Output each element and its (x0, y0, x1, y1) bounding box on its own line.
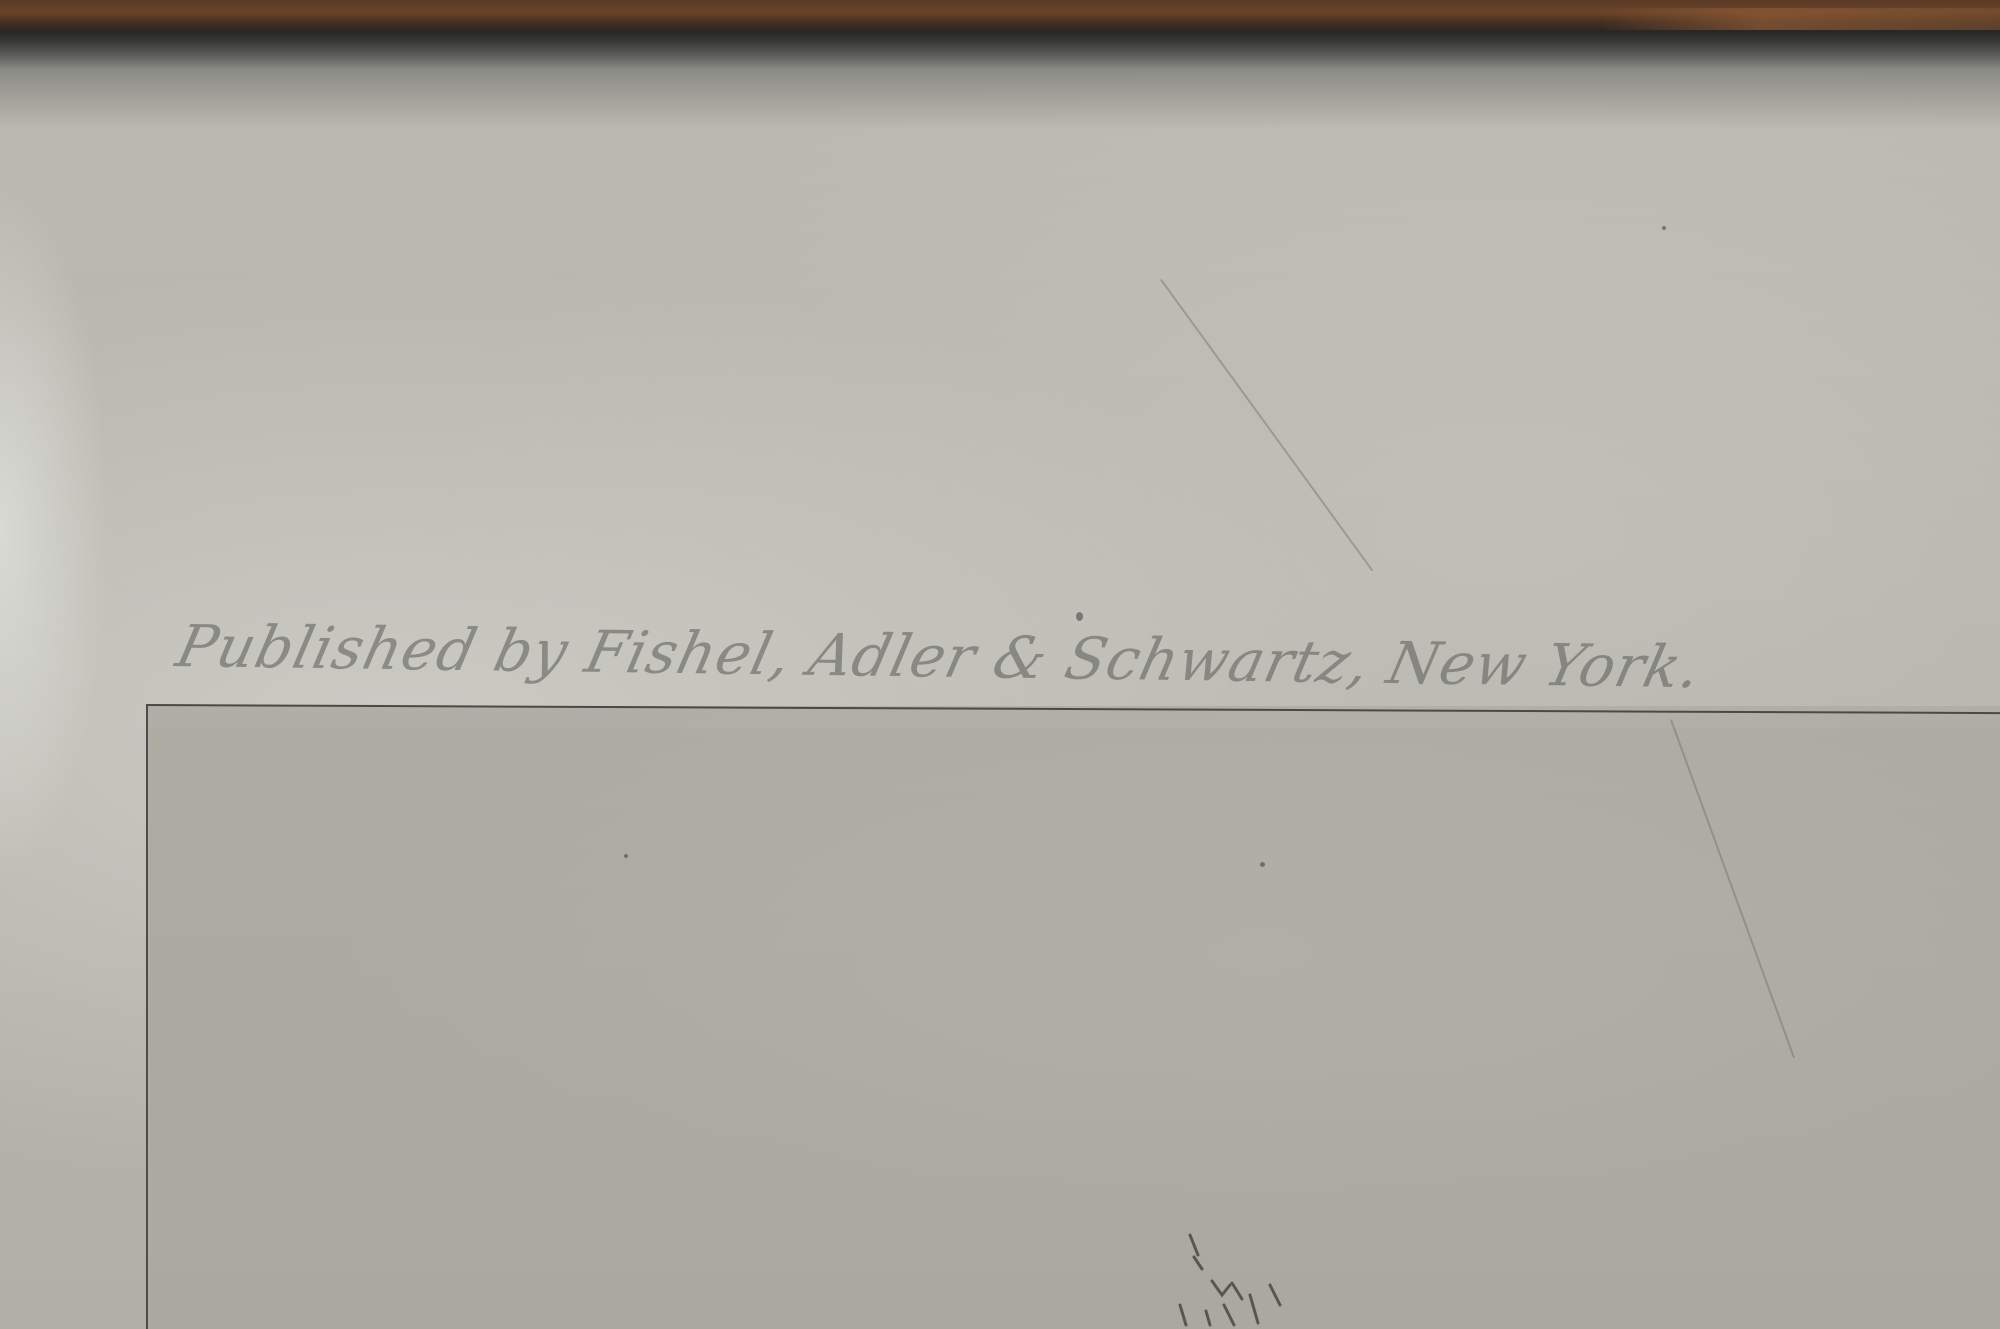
engraving-detail (1150, 1225, 1310, 1329)
paper-scratch (1160, 279, 1373, 571)
photo-scene: Published by Fishel, Adler & Schwartz, N… (0, 0, 2000, 1329)
ink-speck (1662, 226, 1666, 230)
frame-shadow (0, 70, 2000, 130)
picture-frame-edge (0, 0, 2000, 70)
ink-speck (1260, 862, 1265, 867)
ink-speck (1076, 612, 1083, 621)
ink-speck (624, 854, 628, 858)
plate-tone (150, 728, 2000, 1329)
glass-glare (0, 180, 110, 880)
publisher-inscription: Published by Fishel, Adler & Schwartz, N… (170, 612, 1885, 704)
